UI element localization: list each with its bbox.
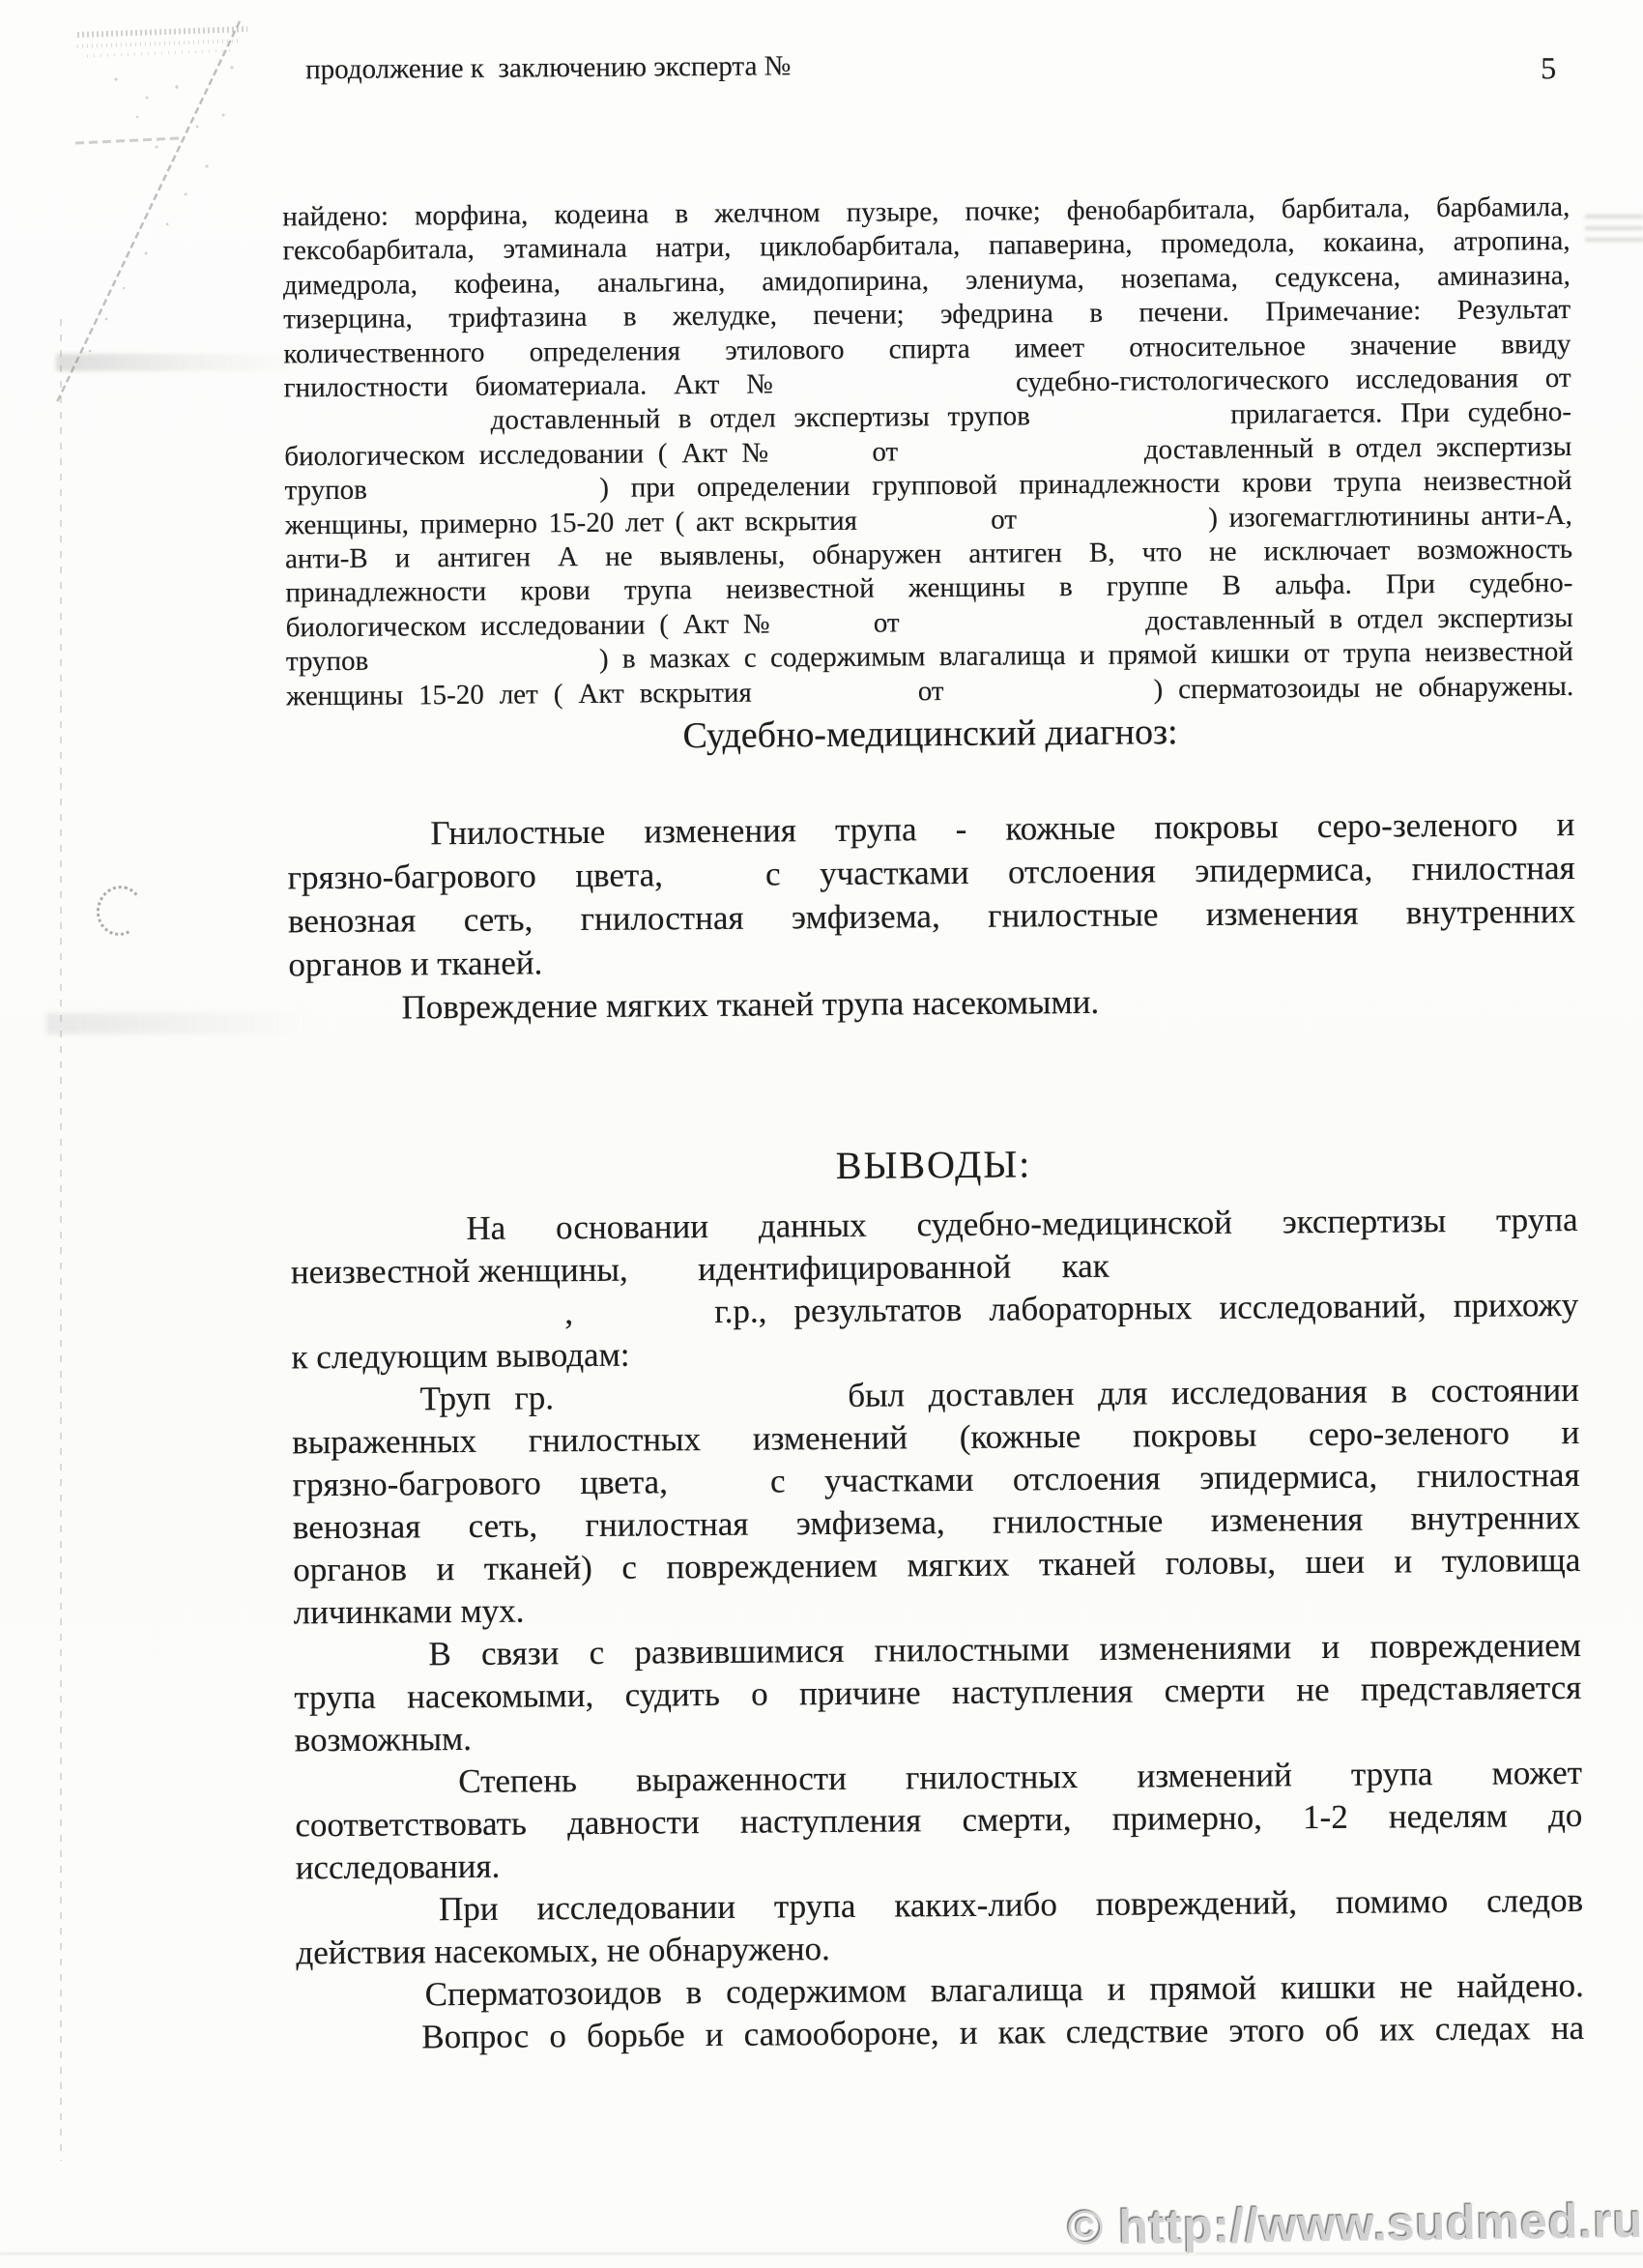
sudmed-watermark: © http://www.sudmed.ru xyxy=(1067,2193,1643,2256)
text-line: Вопрос о борьбе и самообороне, и как сле… xyxy=(297,2007,1584,2059)
blank-redaction xyxy=(1028,526,1197,528)
blank-redaction xyxy=(912,457,1130,460)
blank-redaction xyxy=(383,667,586,670)
blank-redaction xyxy=(297,2048,401,2050)
blank-redaction xyxy=(960,697,1139,699)
blank-redaction xyxy=(291,1238,417,1240)
blank-redaction xyxy=(578,1406,824,1409)
conclusions-heading: ВЫВОДЫ: xyxy=(290,1137,1577,1192)
text-line: Повреждение мягких тканей трупа насекомы… xyxy=(289,976,1576,1030)
blank-redaction xyxy=(1049,422,1213,424)
blank-redaction xyxy=(791,460,858,462)
blank-redaction xyxy=(295,1792,399,1794)
blank-redaction xyxy=(636,1279,689,1280)
scanned-document-page: продолжение к заключению эксперта № 5 на… xyxy=(0,0,1643,2268)
diagnosis-heading: Судебно-медицинский диагноз: xyxy=(286,708,1573,760)
page-header: продолжение к заключению эксперта № xyxy=(305,50,791,86)
blank-redaction xyxy=(297,2005,401,2007)
blank-redaction xyxy=(792,631,859,633)
blank-redaction xyxy=(296,1920,400,1922)
blank-redaction xyxy=(869,527,980,529)
page-content: продолжение к заключению эксперта № 5 на… xyxy=(0,0,1643,2268)
blank-redaction xyxy=(292,1410,396,1411)
continuation-note: продолжение к заключению эксперта № xyxy=(305,50,791,85)
blank-redaction xyxy=(291,1323,537,1325)
blank-redaction xyxy=(600,1322,687,1323)
blank-redaction xyxy=(287,844,391,846)
conclusions-paragraphs: На основании данных судебно-медицинской … xyxy=(290,1199,1584,2059)
blank-redaction xyxy=(289,1018,393,1020)
blank-redaction xyxy=(707,1492,732,1493)
blank-redaction xyxy=(1020,1276,1053,1277)
blank-redaction xyxy=(913,628,1131,631)
diagnosis-paragraphs: Гнилостные изменения трупа - кожные покр… xyxy=(287,802,1576,1030)
blank-redaction xyxy=(820,391,989,393)
blank-redaction xyxy=(703,885,727,886)
blank-redaction xyxy=(284,428,473,431)
blank-redaction xyxy=(294,1665,398,1667)
lab-findings-paragraph: найдено: морфина, кодеина в желчном пузы… xyxy=(282,190,1573,714)
blank-redaction xyxy=(767,699,903,701)
blank-redaction xyxy=(389,496,578,499)
page-number: 5 xyxy=(1541,50,1556,86)
